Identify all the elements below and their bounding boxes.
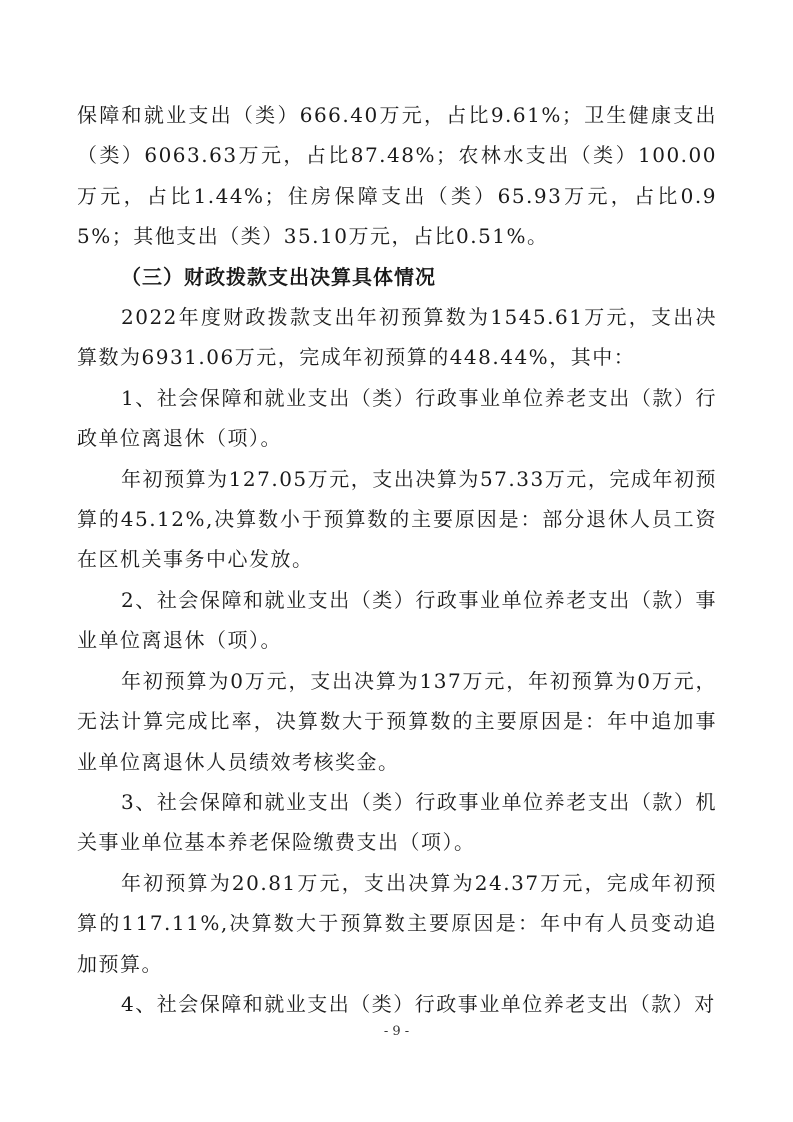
item-1-detail: 年初预算为127.05万元，支出决算为57.33万元，完成年初预算的45.12%…	[77, 459, 717, 580]
paragraph-expenditure-breakdown: 保障和就业支出（类）666.40万元，占比9.61%；卫生健康支出（类）6063…	[77, 95, 717, 257]
section-heading-financial-appropriation: （三）财政拨款支出决算具体情况	[77, 257, 717, 297]
item-2-title: 2、社会保障和就业支出（类）行政事业单位养老支出（款）事业单位离退休（项）。	[77, 580, 717, 661]
page-number: - 9 -	[0, 1024, 793, 1039]
paragraph-2022-summary: 2022年度财政拨款支出年初预算数为1545.61万元，支出决算数为6931.0…	[77, 297, 717, 378]
item-1-title: 1、社会保障和就业支出（类）行政事业单位养老支出（款）行政单位离退休（项）。	[77, 378, 717, 459]
item-3-detail: 年初预算为20.81万元，支出决算为24.37万元，完成年初预算的117.11%…	[77, 863, 717, 984]
item-2-detail: 年初预算为0万元，支出决算为137万元，年初预算为0万元，无法计算完成比率，决算…	[77, 661, 717, 782]
item-4-title: 4、社会保障和就业支出（类）行政事业单位养老支出（款）对	[77, 984, 717, 1024]
document-page: 保障和就业支出（类）666.40万元，占比9.61%；卫生健康支出（类）6063…	[77, 95, 717, 1024]
item-3-title: 3、社会保障和就业支出（类）行政事业单位养老支出（款）机关事业单位基本养老保险缴…	[77, 782, 717, 863]
